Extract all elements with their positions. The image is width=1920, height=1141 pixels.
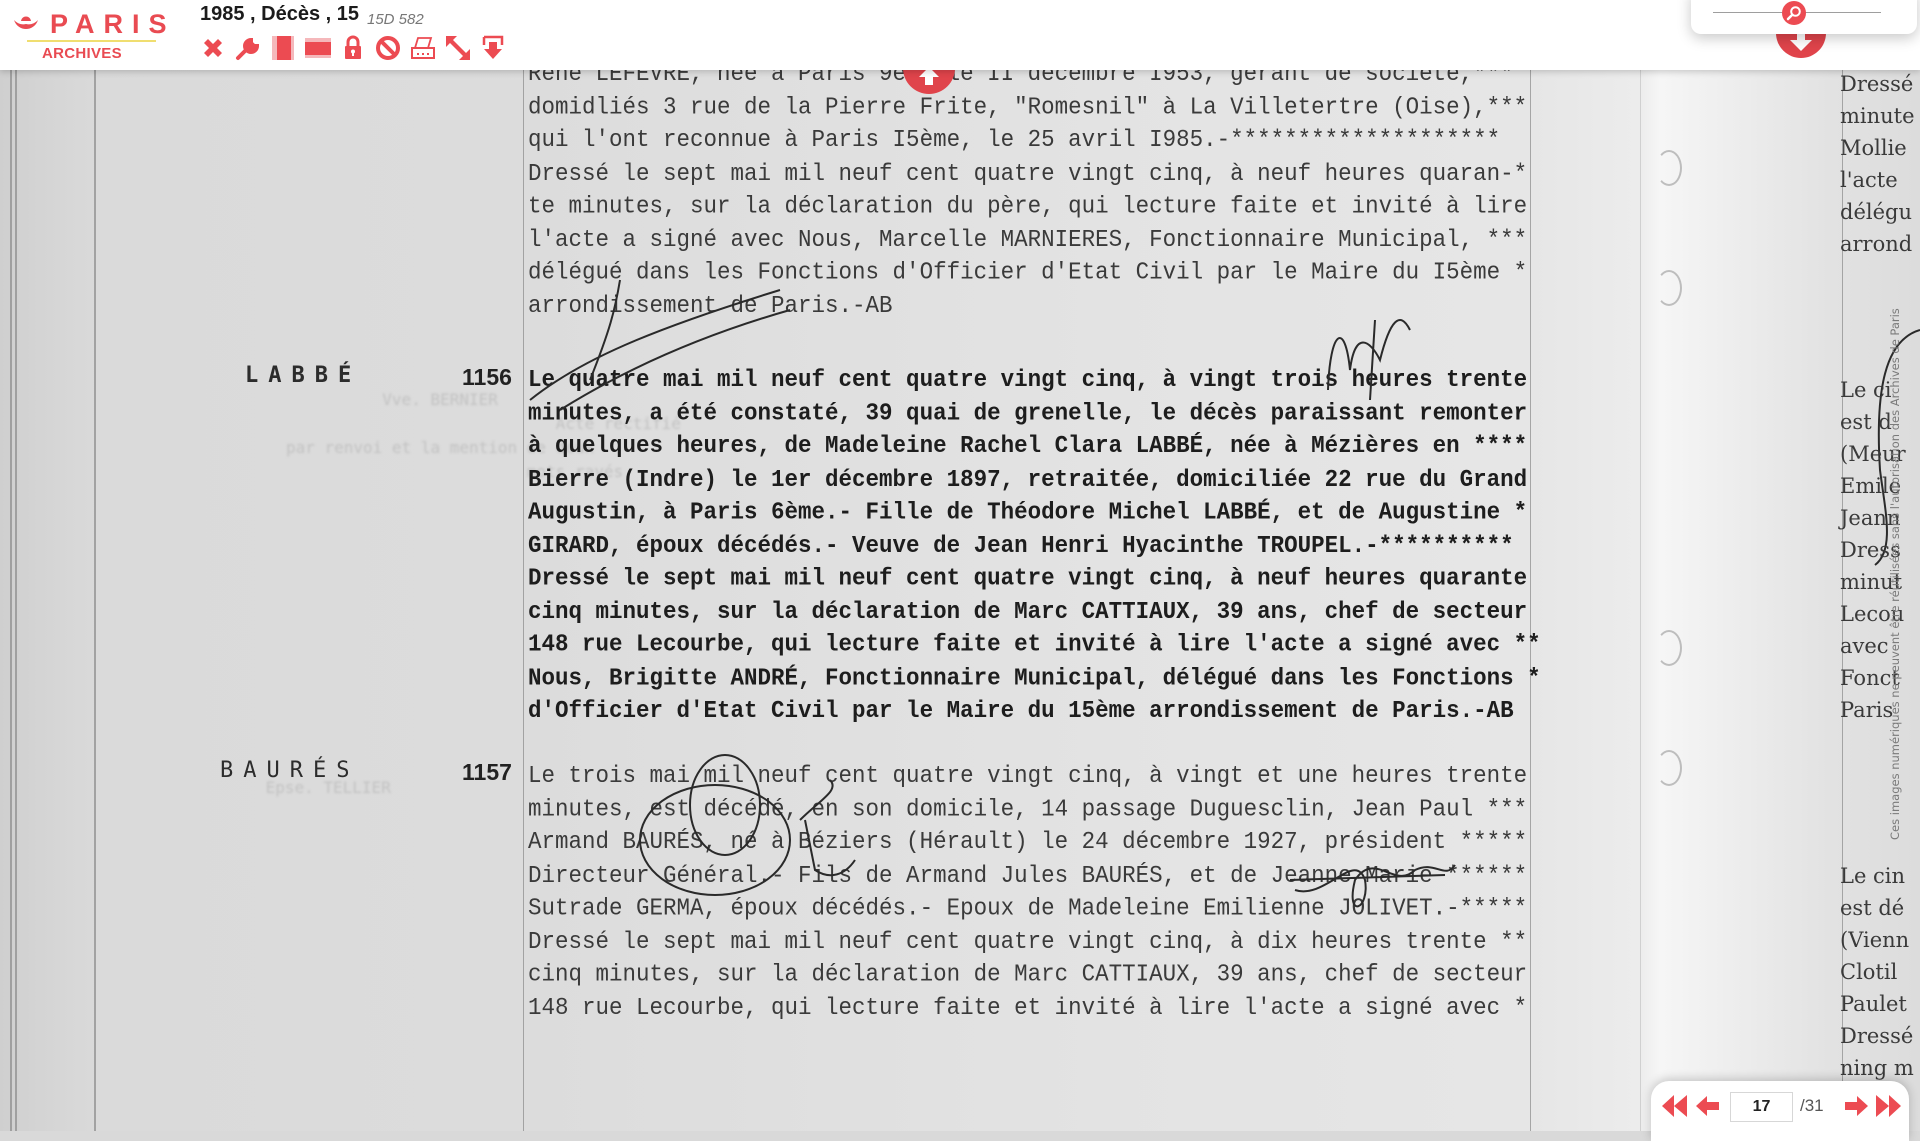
logo-paris-text: PARIS — [50, 9, 176, 40]
print-button[interactable] — [408, 33, 438, 63]
boat-logo-icon — [12, 12, 40, 34]
page-rule — [15, 70, 17, 1131]
fit-height-button[interactable] — [268, 33, 298, 63]
page-total: /31 — [1800, 1096, 1824, 1116]
binding-hole — [1656, 750, 1682, 786]
document-title: 1985 , Décès , 15 — [200, 3, 359, 26]
download-icon — [479, 34, 507, 62]
toolbar — [198, 33, 508, 63]
binding-hole — [1656, 150, 1682, 186]
entry-number: 1157 — [462, 759, 512, 786]
tools-button[interactable] — [233, 33, 263, 63]
margin-name-labbe: LABBÉ — [245, 363, 361, 388]
last-page-button[interactable] — [1874, 1093, 1902, 1119]
page-number-input[interactable] — [1730, 1092, 1793, 1122]
page-rule — [10, 70, 12, 1131]
fullscreen-icon — [444, 34, 472, 62]
wrench-icon — [234, 34, 262, 62]
previous-page-button[interactable] — [1694, 1093, 1722, 1119]
document-cote: 15D 582 — [367, 11, 424, 28]
app-header: PARIS ARCHIVES 1985 , Décès , 15 15D 582 — [0, 0, 1920, 70]
copyright-watermark: Ces images numériques ne peuvent être ré… — [1888, 308, 1902, 840]
lock-button[interactable] — [338, 33, 368, 63]
zoom-slider-thumb[interactable] — [1782, 1, 1806, 25]
signature — [630, 710, 860, 920]
margin-name-baures: BAURÉS — [220, 758, 359, 783]
page-rule — [94, 70, 96, 1131]
fit-width-button[interactable] — [303, 33, 333, 63]
close-button[interactable] — [198, 33, 228, 63]
search-icon — [1786, 5, 1802, 21]
page-rule — [523, 70, 524, 1131]
signature — [1285, 840, 1465, 920]
lock-icon — [339, 34, 367, 62]
signature — [1320, 300, 1420, 410]
report-button[interactable] — [373, 33, 403, 63]
close-icon — [199, 34, 227, 62]
page-navigator: /31 — [1651, 1081, 1909, 1131]
next-page-button[interactable] — [1842, 1093, 1870, 1119]
entry-number: 1156 — [462, 364, 512, 391]
ban-icon — [374, 34, 402, 62]
right-page-text: Dressé minute Mollie l'acte délégu arron… — [1840, 70, 1915, 260]
logo-archives-text: ARCHIVES — [42, 45, 122, 62]
signature — [520, 270, 800, 420]
fullscreen-button[interactable] — [443, 33, 473, 63]
binding-hole — [1656, 630, 1682, 666]
right-page-text: Le cin est dé (Vienn Clotil Paulet Dress… — [1840, 860, 1914, 1084]
fit-width-icon — [304, 34, 332, 62]
zoom-panel — [1691, 0, 1917, 34]
document-viewer[interactable]: Vve. BERNIER Acte rectifié par renvoi et… — [0, 70, 1920, 1131]
paris-archives-logo[interactable]: PARIS ARCHIVES — [12, 8, 162, 66]
binding-hole — [1656, 270, 1682, 306]
fit-height-icon — [269, 34, 297, 62]
print-icon — [409, 34, 437, 62]
page-fold — [1640, 70, 1641, 1131]
logo-divider — [27, 40, 156, 42]
download-button[interactable] — [478, 33, 508, 63]
first-page-button[interactable] — [1661, 1093, 1689, 1119]
